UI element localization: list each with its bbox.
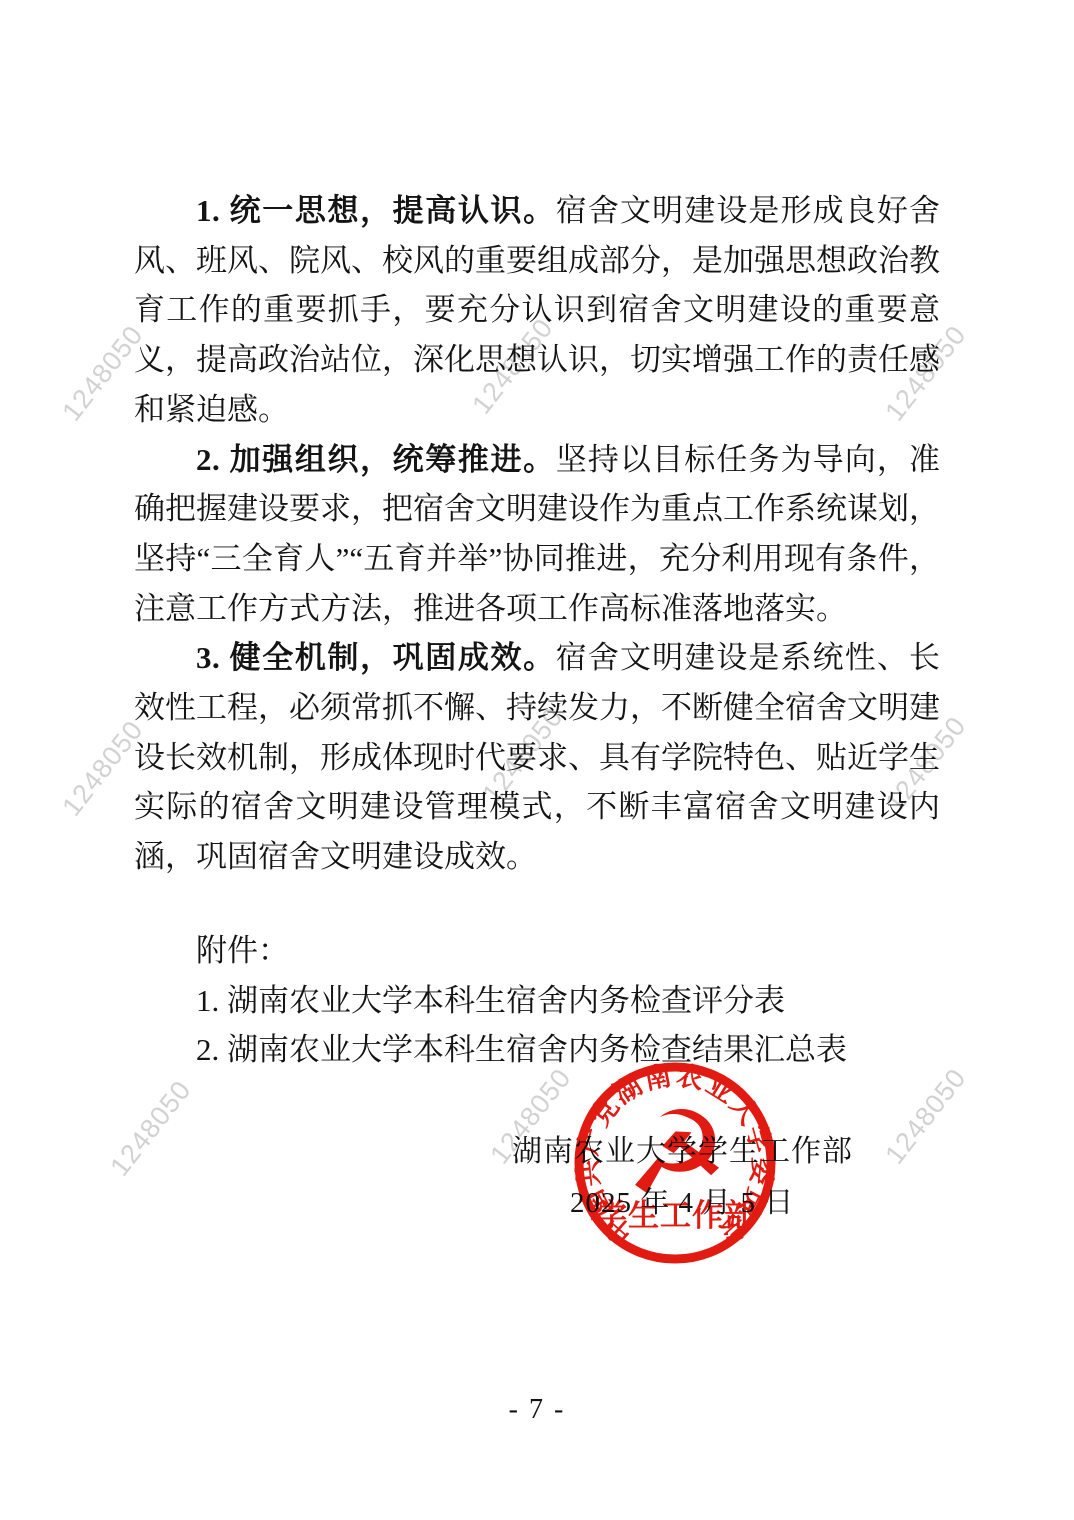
paragraph-3-text: 宿舍文明建设是系统性、长效性工程，必须常抓不懈、持续发力，不断健全宿舍文明建设长… (134, 640, 940, 874)
watermark-text: 1248050 (879, 1063, 972, 1170)
document-page: 1248050 1248050 1248050 1248050 1248050 … (0, 0, 1074, 1520)
attachments-label: 附件： (134, 926, 940, 976)
paragraph-2: 2. 加强组织，统筹推进。坚持以目标任务为导向，准确把握建设要求，把宿舍文明建设… (134, 435, 940, 634)
document-body: 1. 统一思想，提高认识。宿舍文明建设是形成良好舍风、班风、院风、校风的重要组成… (134, 186, 940, 1075)
watermark-text: 1248050 (104, 1075, 197, 1182)
official-seal: 中国共产党湖南农业大学委员会 ☭ 学生工作部 (535, 1023, 815, 1303)
attachment-item-1: 1. 湖南农业大学本科生宿舍内务检查评分表 (134, 976, 940, 1026)
paragraph-2-lead: 2. 加强组织，统筹推进。 (196, 442, 556, 477)
paragraph-1: 1. 统一思想，提高认识。宿舍文明建设是形成良好舍风、班风、院风、校风的重要组成… (134, 186, 940, 435)
paragraph-1-text: 宿舍文明建设是形成良好舍风、班风、院风、校风的重要组成部分，是加强思想政治教育工… (134, 193, 940, 427)
paragraph-3-lead: 3. 健全机制，巩固成效。 (196, 640, 556, 675)
page-number: - 7 - (0, 1394, 1074, 1426)
paragraph-3: 3. 健全机制，巩固成效。宿舍文明建设是系统性、长效性工程，必须常抓不懈、持续发… (134, 633, 940, 882)
seal-bottom-text: 学生工作部 (596, 1198, 756, 1234)
paragraph-1-lead: 1. 统一思想，提高认识。 (196, 193, 556, 228)
